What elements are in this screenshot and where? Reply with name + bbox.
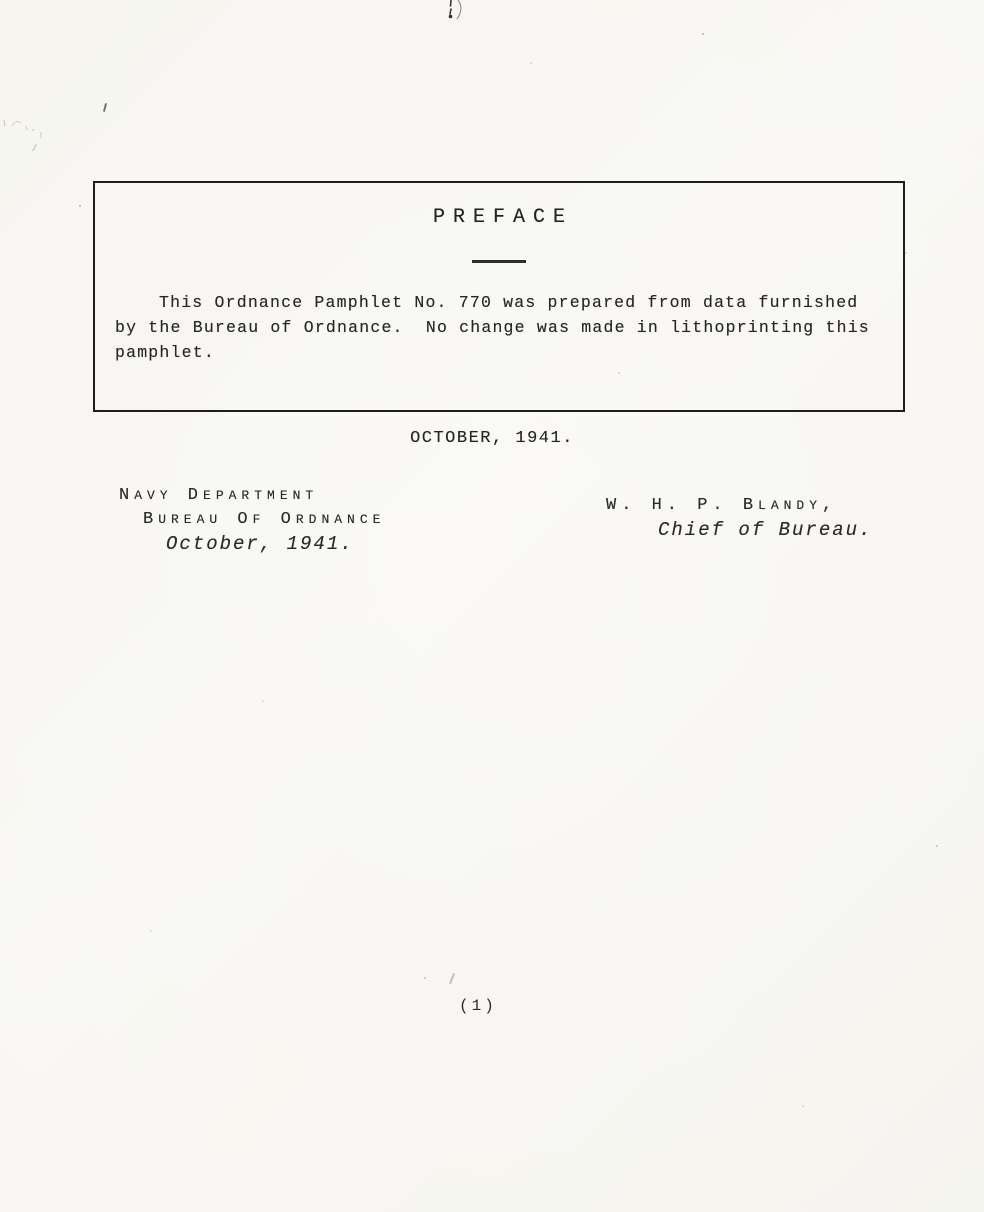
paragraph-line-1: This Ordnance Pamphlet No. 770 was prepa… [115,290,885,315]
issuer-bureau: BUREAU OF ORDNANCE [119,508,385,532]
scan-artifact-slash [449,973,455,984]
page-number: (1) [459,997,497,1015]
issuer-department: NAVY DEPARTMENT [119,484,385,508]
scan-noise-specks [0,0,2,2]
paragraph-line-2: by the Bureau of Ordnance. No change was… [115,315,885,340]
preface-title: PREFACE [95,183,903,229]
issuer-block: NAVY DEPARTMENT BUREAU OF ORDNANCE Octob… [119,484,385,557]
scan-artifact-speck [103,103,107,112]
signature-name: W. H. P. BLANDY, [606,494,872,518]
preface-paragraph: This Ordnance Pamphlet No. 770 was prepa… [115,290,885,365]
issue-date-line: OCTOBER, 1941. [0,429,984,448]
preface-box: PREFACE This Ordnance Pamphlet No. 770 w… [93,181,905,412]
signature-title: Chief of Bureau. [606,518,872,543]
scan-artifact-pencil-marks [2,110,68,158]
document-page: PREFACE This Ordnance Pamphlet No. 770 w… [0,0,984,1212]
issuer-date: October, 1941. [119,532,385,557]
title-rule [472,260,526,263]
scan-artifact-ink-mark [444,0,478,30]
signature-block: W. H. P. BLANDY, Chief of Bureau. [606,494,872,543]
paragraph-line-3: pamphlet. [115,340,885,365]
